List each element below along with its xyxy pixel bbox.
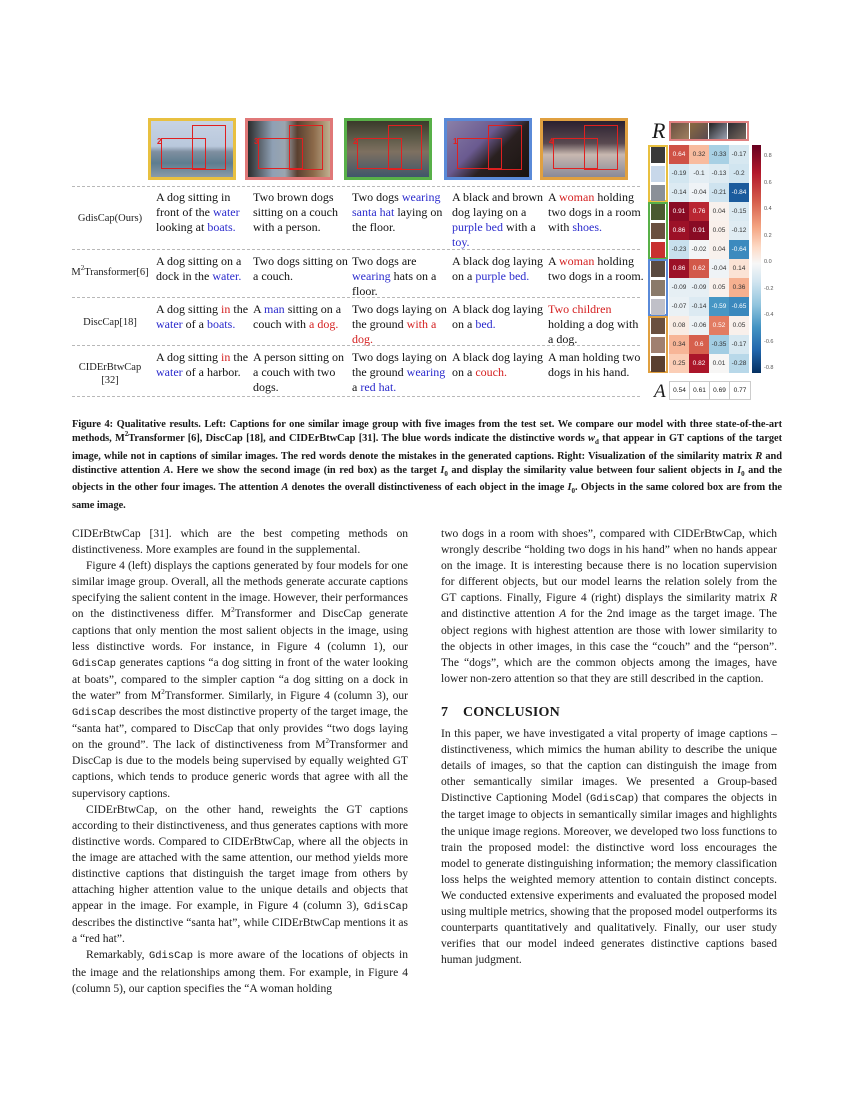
heatmap-cell: -0.84 bbox=[729, 183, 749, 202]
heatmap-cell: 0.36 bbox=[729, 278, 749, 297]
image-4-thumbnail: 1 bbox=[444, 118, 532, 180]
row-divider bbox=[72, 396, 640, 397]
heatmap-cell: 0.05 bbox=[729, 316, 749, 335]
object-number-label: 3 bbox=[254, 137, 258, 146]
distinctive-word: boats. bbox=[207, 317, 235, 331]
mistake-word: woman bbox=[559, 254, 594, 268]
mistake-word: in bbox=[221, 350, 230, 364]
paragraph: In this paper, we have investigated a vi… bbox=[441, 726, 777, 968]
attention-value: 0.77 bbox=[730, 382, 750, 399]
row-group-box bbox=[648, 145, 668, 202]
attention-value: 0.54 bbox=[670, 382, 690, 399]
row-label-m2transformer: M2Transformer[6] bbox=[68, 266, 152, 279]
R-label: R bbox=[652, 120, 665, 142]
object-number-label: 2 bbox=[157, 137, 161, 146]
object-thumbnail bbox=[651, 185, 665, 201]
heatmap-cell: -0.35 bbox=[709, 335, 729, 354]
paragraph: Remarkably, GdisCap is more aware of the… bbox=[72, 947, 408, 996]
caption-cell: A dog sitting in the water of a boats. bbox=[156, 302, 252, 332]
heatmap-cell: 0.32 bbox=[689, 145, 709, 164]
object-thumbnail bbox=[651, 318, 665, 334]
heatmap-cell: -0.65 bbox=[729, 297, 749, 316]
object-thumbnail bbox=[651, 261, 665, 277]
caption-cell: A black dog laying on a couch. bbox=[452, 350, 548, 380]
object-thumbnail bbox=[651, 337, 665, 353]
heatmap-cell: 0.86 bbox=[669, 221, 689, 240]
colorbar-tick: 0.8 bbox=[764, 153, 772, 159]
colorbar bbox=[752, 145, 761, 373]
object-thumbnail bbox=[651, 147, 665, 163]
object-number-label: 1 bbox=[453, 137, 457, 146]
attention-row: 0.54 0.61 0.69 0.77 bbox=[669, 381, 751, 400]
heatmap-cell: 0.64 bbox=[669, 145, 689, 164]
colorbar-tick: -0.4 bbox=[764, 312, 773, 318]
row-label-disccap: DiscCap[18] bbox=[72, 316, 148, 329]
object-thumbnail bbox=[651, 280, 665, 296]
object-thumbnail bbox=[651, 356, 665, 372]
colorbar-tick: -0.2 bbox=[764, 286, 773, 292]
paragraph: Figure 4 (left) displays the captions ge… bbox=[72, 558, 408, 801]
heatmap-cell: -0.09 bbox=[669, 278, 689, 297]
object-thumbnail bbox=[651, 299, 665, 315]
attention-value: 0.69 bbox=[710, 382, 730, 399]
colorbar-tick: 0.4 bbox=[764, 206, 772, 212]
heatmap-cell: -0.13 bbox=[709, 164, 729, 183]
object-number-label: 2 bbox=[353, 137, 357, 146]
object-number-label: 4 bbox=[549, 137, 553, 146]
heatmap-cell: -0.28 bbox=[729, 354, 749, 373]
heatmap-cell: -0.09 bbox=[689, 278, 709, 297]
mistake-word: in bbox=[221, 302, 230, 316]
object-thumbnail bbox=[651, 242, 665, 258]
heatmap-cell: 0.34 bbox=[669, 335, 689, 354]
colorbar-tick: -0.8 bbox=[764, 365, 773, 371]
heatmap-cell: 0.86 bbox=[669, 259, 689, 278]
distinctive-word: purple bed. bbox=[475, 269, 529, 283]
distinctive-word: man bbox=[264, 302, 285, 316]
heatmap-cell: 0.91 bbox=[669, 202, 689, 221]
heatmap-cell: -0.06 bbox=[689, 316, 709, 335]
caption-cell: A black dog laying on a bed. bbox=[452, 302, 548, 332]
caption-cell: A man holding two dogs in his hand. bbox=[548, 350, 644, 380]
detection-box bbox=[289, 125, 323, 170]
caption-cell: A person sitting on a couch with two dog… bbox=[253, 350, 349, 395]
object-thumbnail bbox=[651, 204, 665, 220]
detection-box bbox=[584, 125, 618, 170]
caption-cell: A black dog laying on a purple bed. bbox=[452, 254, 548, 284]
body-column-left: CIDErBtwCap [31]. which are the best com… bbox=[72, 526, 408, 997]
heatmap-cell: 0.08 bbox=[669, 316, 689, 335]
distinctive-word: water bbox=[213, 205, 240, 219]
caption-cell: A woman holding two dogs in a room with … bbox=[548, 190, 644, 235]
image-2-thumbnail: 3 bbox=[245, 118, 333, 180]
colorbar-tick: 0.2 bbox=[764, 233, 772, 239]
heatmap-cell: -0.23 bbox=[669, 240, 689, 259]
paragraph: CIDErBtwCap, on the other hand, reweight… bbox=[72, 802, 408, 948]
row-group-box bbox=[648, 259, 668, 316]
A-label: A bbox=[654, 382, 666, 402]
mistake-word: Two children bbox=[548, 302, 611, 316]
distinctive-word: red hat. bbox=[360, 380, 396, 394]
row-label-ciderbtwcap: CIDErBtwCap[32] bbox=[72, 361, 148, 387]
similarity-heatmap: R 0.640.32-0.33-0.17-0.19-0.1-0.13-0.2-0… bbox=[646, 118, 796, 403]
heatmap-cell: -0.21 bbox=[709, 183, 729, 202]
heatmap-cell: 0.82 bbox=[689, 354, 709, 373]
heatmap-cell: -0.64 bbox=[729, 240, 749, 259]
distinctive-word: water bbox=[156, 317, 183, 331]
colorbar-tick: 0.6 bbox=[764, 180, 772, 186]
caption-cell: A dog sitting in front of the water look… bbox=[156, 190, 252, 235]
heatmap-cell: -0.19 bbox=[669, 164, 689, 183]
heatmap-cell: 0.14 bbox=[729, 259, 749, 278]
heatmap-cell: 0.52 bbox=[709, 316, 729, 335]
heatmap-cell: -0.2 bbox=[729, 164, 749, 183]
heatmap-cell: 0.04 bbox=[709, 202, 729, 221]
distinctive-word: purple bed bbox=[452, 220, 503, 234]
image-1-thumbnail: 2 bbox=[148, 118, 236, 180]
distinctive-word: toy. bbox=[452, 235, 470, 249]
object-thumbnail bbox=[651, 166, 665, 182]
heatmap-cell: -0.33 bbox=[709, 145, 729, 164]
distinctive-word: shoes. bbox=[572, 220, 602, 234]
caption-cell: A dog sitting on a dock in the water. bbox=[156, 254, 252, 284]
heatmap-cell: 0.62 bbox=[689, 259, 709, 278]
image-3-thumbnail: 2 bbox=[344, 118, 432, 180]
heatmap-cell: 0.01 bbox=[709, 354, 729, 373]
heatmap-cell: -0.14 bbox=[669, 183, 689, 202]
heatmap-cell: -0.04 bbox=[689, 183, 709, 202]
distinctive-word: wearing bbox=[407, 365, 446, 379]
caption-cell: Two dogs wearing santa hat laying on the… bbox=[352, 190, 448, 235]
heatmap-cell: -0.02 bbox=[689, 240, 709, 259]
section-heading-conclusion: 7CONCLUSION bbox=[441, 704, 777, 722]
caption-cell: Two dogs laying on the ground with a dog… bbox=[352, 302, 448, 347]
object-thumbnail bbox=[651, 223, 665, 239]
detection-box bbox=[192, 125, 226, 170]
heatmap-cell: -0.07 bbox=[669, 297, 689, 316]
heatmap-cell: -0.12 bbox=[729, 221, 749, 240]
heatmap-cell: 0.91 bbox=[689, 221, 709, 240]
row-divider bbox=[72, 186, 640, 187]
distinctive-word: water. bbox=[212, 269, 241, 283]
row-label-gdiscap: GdisCap(Ours) bbox=[72, 212, 148, 225]
image-5-thumbnail: 4 bbox=[540, 118, 628, 180]
row-group-box bbox=[648, 202, 668, 259]
caption-cell: A black and brown dog laying on a purple… bbox=[452, 190, 548, 250]
mistake-word: couch. bbox=[475, 365, 507, 379]
caption-cell: Two children holding a dog with a dog. bbox=[548, 302, 644, 347]
colorbar-tick: -0.6 bbox=[764, 339, 773, 345]
heatmap-cell: -0.17 bbox=[729, 145, 749, 164]
paragraph: CIDErBtwCap [31]. which are the best com… bbox=[72, 526, 408, 558]
attention-value: 0.61 bbox=[690, 382, 710, 399]
caption-cell: A woman holding two dogs in a room. bbox=[548, 254, 644, 284]
caption-cell: A dog sitting in the water of a harbor. bbox=[156, 350, 252, 380]
distinctive-word: boats. bbox=[207, 220, 235, 234]
row-divider bbox=[72, 249, 640, 250]
heatmap-cell: 0.76 bbox=[689, 202, 709, 221]
mistake-word: a dog. bbox=[309, 317, 338, 331]
heatmap-cell: -0.1 bbox=[689, 164, 709, 183]
heatmap-cell: 0.25 bbox=[669, 354, 689, 373]
heatmap-cell: -0.59 bbox=[709, 297, 729, 316]
heatmap-cell: -0.17 bbox=[729, 335, 749, 354]
heatmap-cell: 0.05 bbox=[709, 278, 729, 297]
detection-box bbox=[388, 125, 422, 170]
mistake-word: woman bbox=[559, 190, 594, 204]
figure-caption: Figure 4: Qualitative results. Left: Cap… bbox=[72, 418, 782, 513]
paragraph: two dogs in a room with shoes”, compared… bbox=[441, 526, 777, 687]
heatmap-cell: -0.15 bbox=[729, 202, 749, 221]
caption-cell: Two dogs sitting on a couch. bbox=[253, 254, 349, 284]
distinctive-word: bed. bbox=[475, 317, 495, 331]
caption-cell: Two brown dogs sitting on a couch with a… bbox=[253, 190, 349, 235]
caption-cell: Two dogs laying on the ground wearing a … bbox=[352, 350, 448, 395]
colorbar-tick: 0.0 bbox=[764, 259, 772, 265]
body-column-right: two dogs in a room with shoes”, compared… bbox=[441, 526, 777, 968]
detection-box bbox=[488, 125, 522, 170]
heatmap-cell: 0.6 bbox=[689, 335, 709, 354]
target-object-thumbnails bbox=[669, 121, 749, 141]
distinctive-word: wearing bbox=[352, 269, 391, 283]
heatmap-cell: -0.14 bbox=[689, 297, 709, 316]
heatmap-cell: 0.04 bbox=[709, 240, 729, 259]
heatmap-cell: -0.04 bbox=[709, 259, 729, 278]
caption-cell: Two dogs are wearing hats on a floor. bbox=[352, 254, 448, 299]
heatmap-cell: 0.05 bbox=[709, 221, 729, 240]
caption-cell: A man sitting on a couch with a dog. bbox=[253, 302, 349, 332]
distinctive-word: water bbox=[156, 365, 183, 379]
row-group-box bbox=[648, 316, 668, 373]
